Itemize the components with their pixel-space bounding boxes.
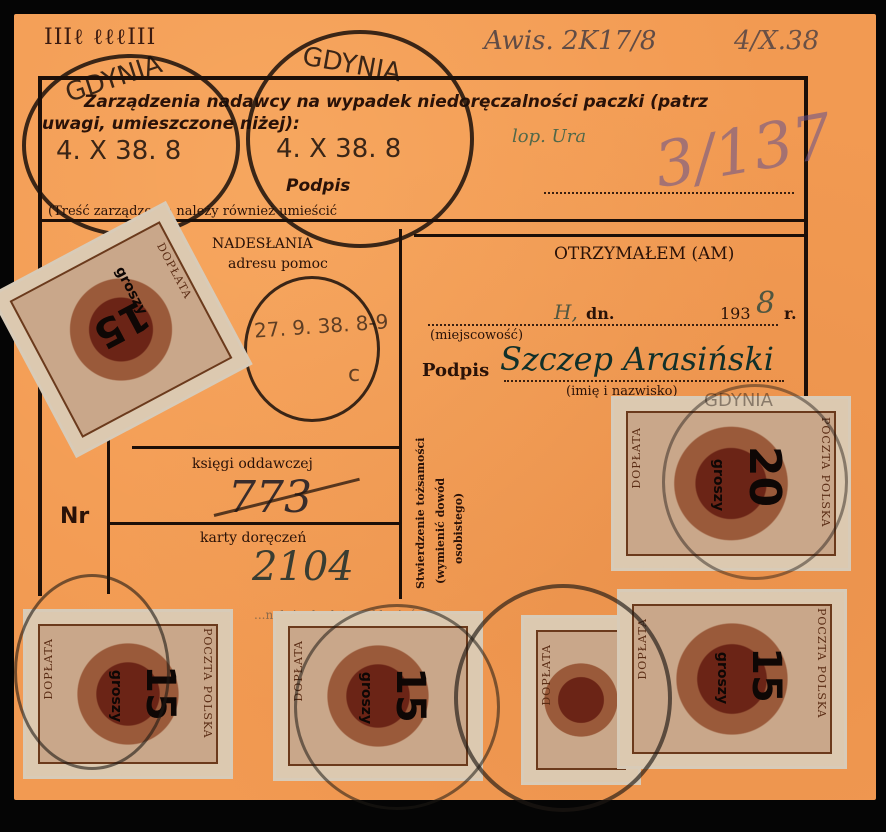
signature-label: Podpis (422, 360, 489, 381)
postmark-1-date: 4. X 38. 8 (56, 136, 181, 166)
name-label: (imię i nazwisko) (566, 384, 678, 399)
postmark-bottom-right (454, 584, 672, 812)
postmark-4-city: GDYNIA (704, 390, 773, 411)
identity-line-3: osobistego) (452, 493, 465, 564)
forwarding-sub: adresu pomoc (228, 256, 328, 272)
purple-scrawl: 3/137 (649, 99, 838, 202)
parcel-card: Zarządzenia nadawcy na wypadek niedoręcz… (14, 14, 876, 800)
stamp-unit: groszy (714, 652, 730, 704)
received-header: OTRZYMAŁEM (AM) (554, 244, 734, 264)
signature-dotline (504, 380, 784, 382)
postmark-transit (244, 276, 380, 422)
identity-label-3: osobistego) (452, 444, 465, 564)
postmark-gdynia-4 (662, 384, 848, 580)
date-dn: dn. (586, 304, 614, 323)
postmark-bottom-left (14, 574, 170, 770)
forwarding-label: NADESŁANIA (212, 236, 313, 252)
green-note: lop. Ura (512, 126, 586, 147)
tally-marks: IIIℓ ℓℓℓIII (44, 24, 156, 50)
ledger-top (132, 446, 402, 449)
year-suffix: 8 (756, 286, 775, 321)
ledger-label: księgi oddawczej (192, 456, 313, 472)
identity-line-1: Stwierdzenie tożsamości (414, 438, 427, 589)
identity-line-2: (wymienić dowód (434, 478, 447, 584)
middle-divider (399, 229, 402, 599)
place-mark: H, (554, 300, 578, 324)
nr-label: Nr (60, 504, 89, 529)
postmark-2-date: 4. X 38. 8 (276, 134, 401, 164)
date-dotline (428, 324, 778, 326)
identity-label: Stwierdzenie tożsamości (414, 414, 427, 589)
stamp-country: POCZTA POLSKA (815, 608, 828, 719)
postmark-3-letter: c (348, 362, 360, 387)
identity-label-2: (wymienić dowód (434, 424, 447, 584)
date-year: 193 (720, 304, 751, 323)
stamp-country: POCZTA POLSKA (201, 628, 214, 739)
avis-note: Awis. 2K17/8 (484, 26, 656, 56)
received-divider (414, 234, 804, 237)
avis-date: 4/X.38 (734, 26, 819, 56)
recipient-signature: Szczep Arasiński (500, 340, 774, 378)
delivery-card-number: 2104 (252, 544, 354, 590)
nr-col-divider (107, 434, 110, 594)
date-r: r. (784, 304, 797, 323)
ledger-number: 773 (228, 472, 312, 523)
stamp-type: DOPŁATA (630, 427, 643, 489)
stamp-value: 15 (743, 647, 789, 703)
